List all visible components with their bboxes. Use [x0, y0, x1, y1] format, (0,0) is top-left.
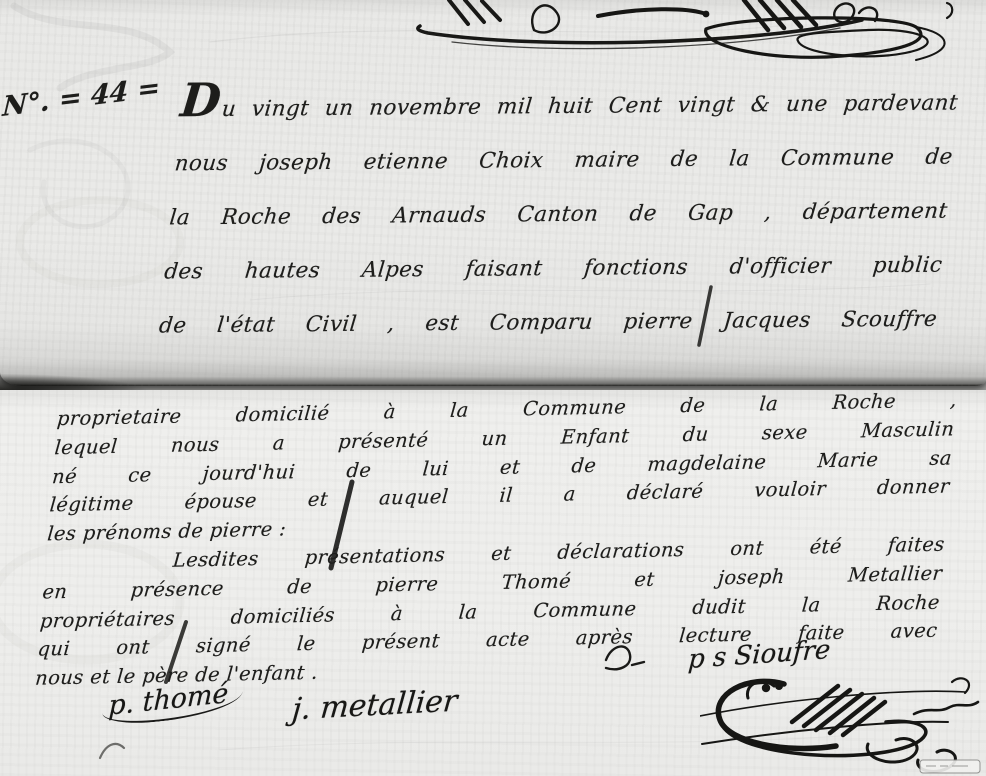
- manuscript-line: Du vingt un novembre mil huit Cent vingt…: [177, 66, 961, 137]
- manuscript-line: de l'état Civil , est Comparu pierre Jac…: [157, 293, 940, 354]
- upper-page-text: Du vingt un novembre mil huit Cent vingt…: [157, 66, 962, 353]
- manuscript-line: la Roche des Arnauds Canton de Gap , dép…: [167, 185, 950, 246]
- signature-flourish-right: [0, 0, 986, 70]
- upper-page: N°. = 44 = Du vingt un novembre mil huit…: [0, 0, 986, 386]
- manuscript-line: nous joseph etienne Choix maire de la Co…: [172, 131, 955, 192]
- mayor-signature-flourish: [700, 672, 986, 776]
- manuscript-line: des hautes Alpes faisant fonctions d'off…: [162, 239, 945, 300]
- signature-witness-metallier: j. metallier: [291, 684, 459, 728]
- act-number: N°. = 44 =: [2, 72, 162, 123]
- signature-flourish-left: [0, 0, 986, 70]
- lower-page: proprietaire domicilié à la Commune de l…: [0, 390, 986, 776]
- registry-scan: N°. = 44 = Du vingt un novembre mil huit…: [0, 0, 986, 776]
